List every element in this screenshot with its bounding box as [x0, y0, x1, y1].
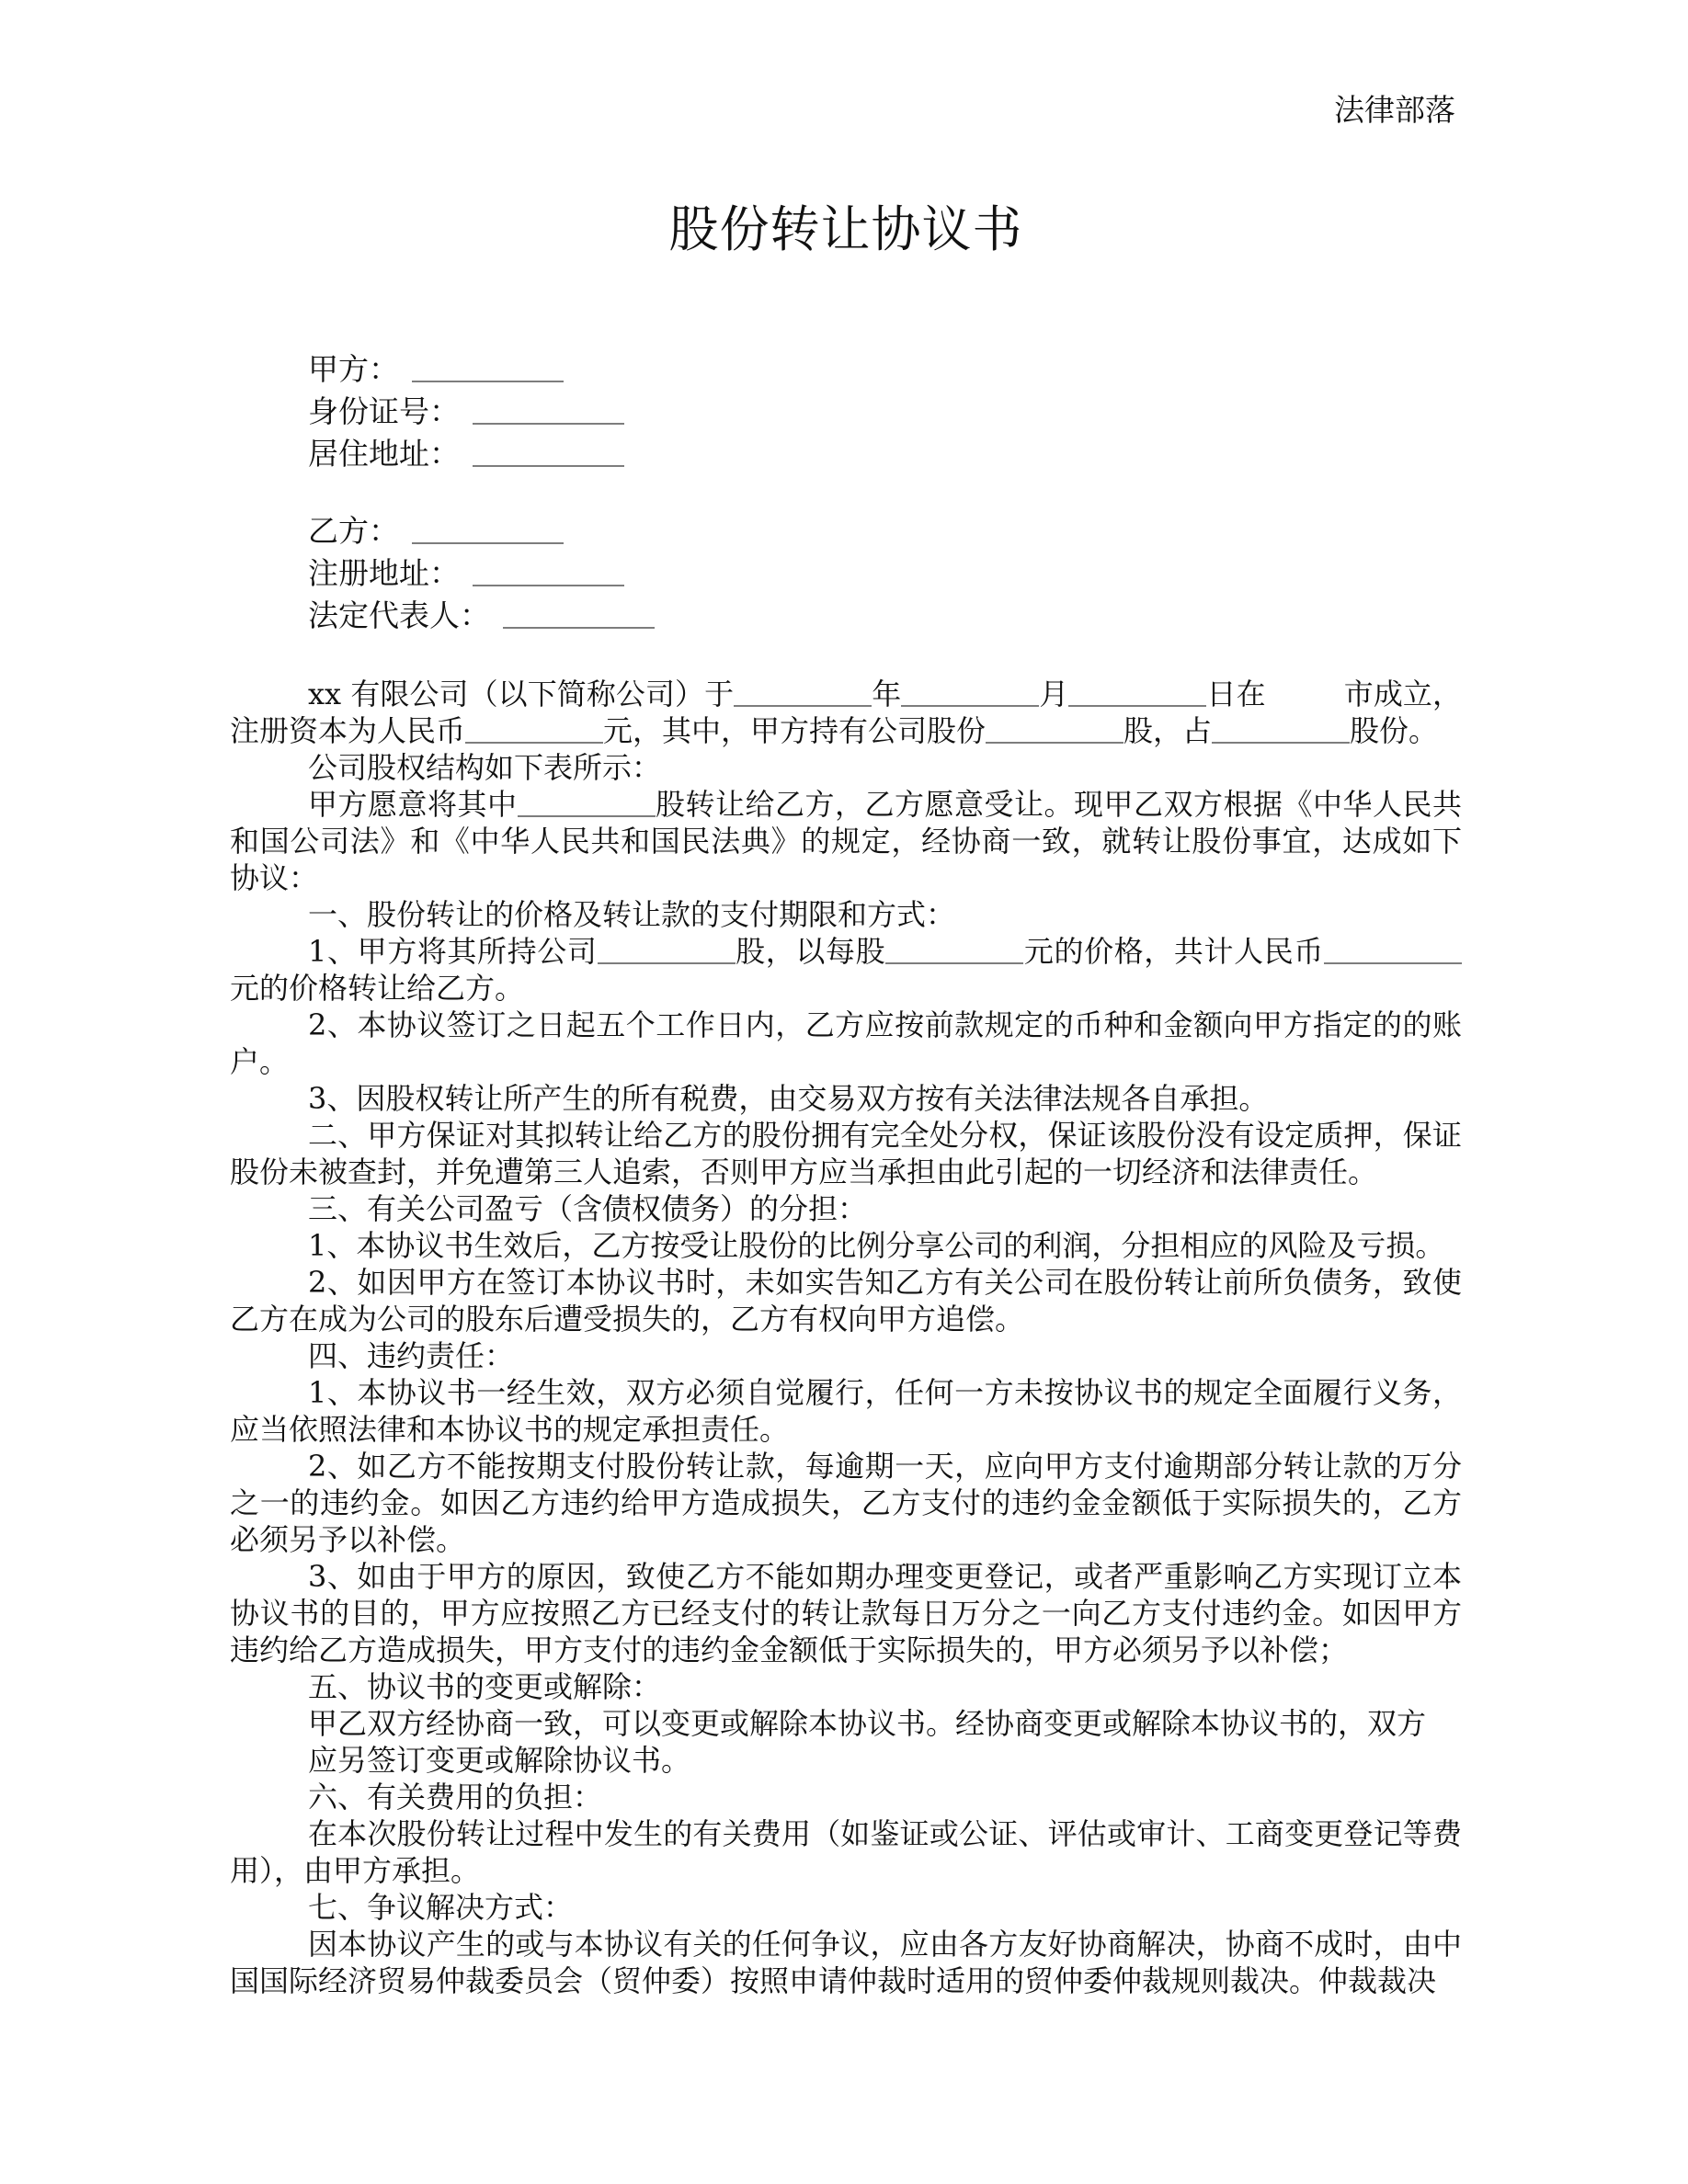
blank-line [518, 812, 656, 817]
document-title: 股份转让协议书 [230, 198, 1462, 262]
paragraph: 在本次股份转让过程中发生的有关费用（如鉴证或公证、评估或审计、工商变更登记等费用… [230, 1815, 1462, 1889]
field-label: 甲方： [308, 351, 399, 387]
blank-line [1212, 738, 1350, 744]
field-line: 身份证号： [308, 391, 1462, 433]
paragraph: 2、本协议签订之日起五个工作日内，乙方应按前款规定的币种和金额向甲方指定的的账户… [230, 1007, 1462, 1080]
party-b-section: 乙方：注册地址：法定代表人： [230, 510, 1462, 637]
site-watermark: 法律部落 [1334, 92, 1455, 129]
paragraph: 甲方愿意将其中股转让给乙方，乙方愿意受让。现甲乙双方根据《中华人民共和国公司法》… [230, 786, 1462, 896]
field-label: 法定代表人： [308, 597, 490, 633]
paragraph: 因本协议产生的或与本协议有关的任何争议，应由各方友好协商解决，协商不成时，由中国… [230, 1926, 1462, 1999]
field-line: 乙方： [308, 510, 1462, 552]
field-line: 法定代表人： [308, 595, 1462, 637]
paragraph: 公司股权结构如下表所示： [230, 749, 1462, 786]
blank-line [598, 959, 736, 964]
field-line: 甲方： [308, 348, 1462, 391]
paragraph: 3、因股权转让所产生的所有税费，由交易双方按有关法律法规各自承担。 [230, 1080, 1462, 1117]
blank-line [734, 701, 872, 707]
blank-line [473, 581, 624, 586]
party-a-section: 甲方：身份证号：居住地址： [230, 348, 1462, 475]
paragraph: 七、争议解决方式： [230, 1889, 1462, 1926]
blank-line [885, 959, 1023, 964]
paragraph: 1、甲方将其所持公司股，以每股元的价格，共计人民币元的价格转让给乙方。 [230, 933, 1462, 1007]
paragraph: 2、如因甲方在签订本协议书时，未如实告知乙方有关公司在股份转让前所负债务，致使乙… [230, 1264, 1462, 1337]
document-page: 法律部落 股份转让协议书 甲方：身份证号：居住地址： 乙方：注册地址：法定代表人… [0, 0, 1688, 2184]
field-line: 注册地址： [308, 552, 1462, 595]
paragraph: 1、本协议书一经生效，双方必须自觉履行，任何一方未按协议书的规定全面履行义务，应… [230, 1374, 1462, 1448]
paragraph: 四、违约责任： [230, 1337, 1462, 1374]
blank-line [473, 461, 624, 467]
blank-line [1324, 959, 1462, 964]
paragraph: 六、有关费用的负担： [230, 1779, 1462, 1815]
paragraph: xx 有限公司（以下简称公司）于年月日在市成立，注册资本为人民币元，其中，甲方持… [230, 676, 1462, 749]
contract-body: xx 有限公司（以下简称公司）于年月日在市成立，注册资本为人民币元，其中，甲方持… [230, 676, 1462, 1999]
paragraph: 1、本协议书生效后，乙方按受让股份的比例分享公司的利润，分担相应的风险及亏损。 [230, 1227, 1462, 1264]
field-label: 居住地址： [308, 436, 460, 472]
paragraph: 三、有关公司盈亏（含债权债务）的分担： [230, 1190, 1462, 1227]
blank-line [503, 623, 655, 629]
blank-line [986, 738, 1123, 744]
field-label: 注册地址： [308, 555, 460, 591]
blank-line [901, 701, 1039, 707]
paragraph: 2、如乙方不能按期支付股份转让款，每逾期一天，应向甲方支付逾期部分转让款的万分之… [230, 1448, 1462, 1558]
paragraph: 甲乙双方经协商一致，可以变更或解除本协议书。经协商变更或解除本协议书的，双方 [230, 1705, 1462, 1742]
blank-line [1068, 701, 1206, 707]
paragraph: 一、股份转让的价格及转让款的支付期限和方式： [230, 896, 1462, 933]
blank-line [412, 539, 564, 544]
blank-line [473, 419, 624, 425]
field-label: 身份证号： [308, 393, 460, 429]
field-line: 居住地址： [308, 433, 1462, 475]
paragraph: 应另签订变更或解除协议书。 [230, 1742, 1462, 1779]
blank-line [412, 377, 564, 382]
paragraph: 五、协议书的变更或解除： [230, 1668, 1462, 1705]
paragraph: 二、甲方保证对其拟转让给乙方的股份拥有完全处分权，保证该股份没有设定质押，保证股… [230, 1117, 1462, 1190]
paragraph: 3、如由于甲方的原因，致使乙方不能如期办理变更登记，或者严重影响乙方实现订立本协… [230, 1558, 1462, 1668]
blank-line [465, 738, 603, 744]
field-label: 乙方： [308, 513, 399, 549]
